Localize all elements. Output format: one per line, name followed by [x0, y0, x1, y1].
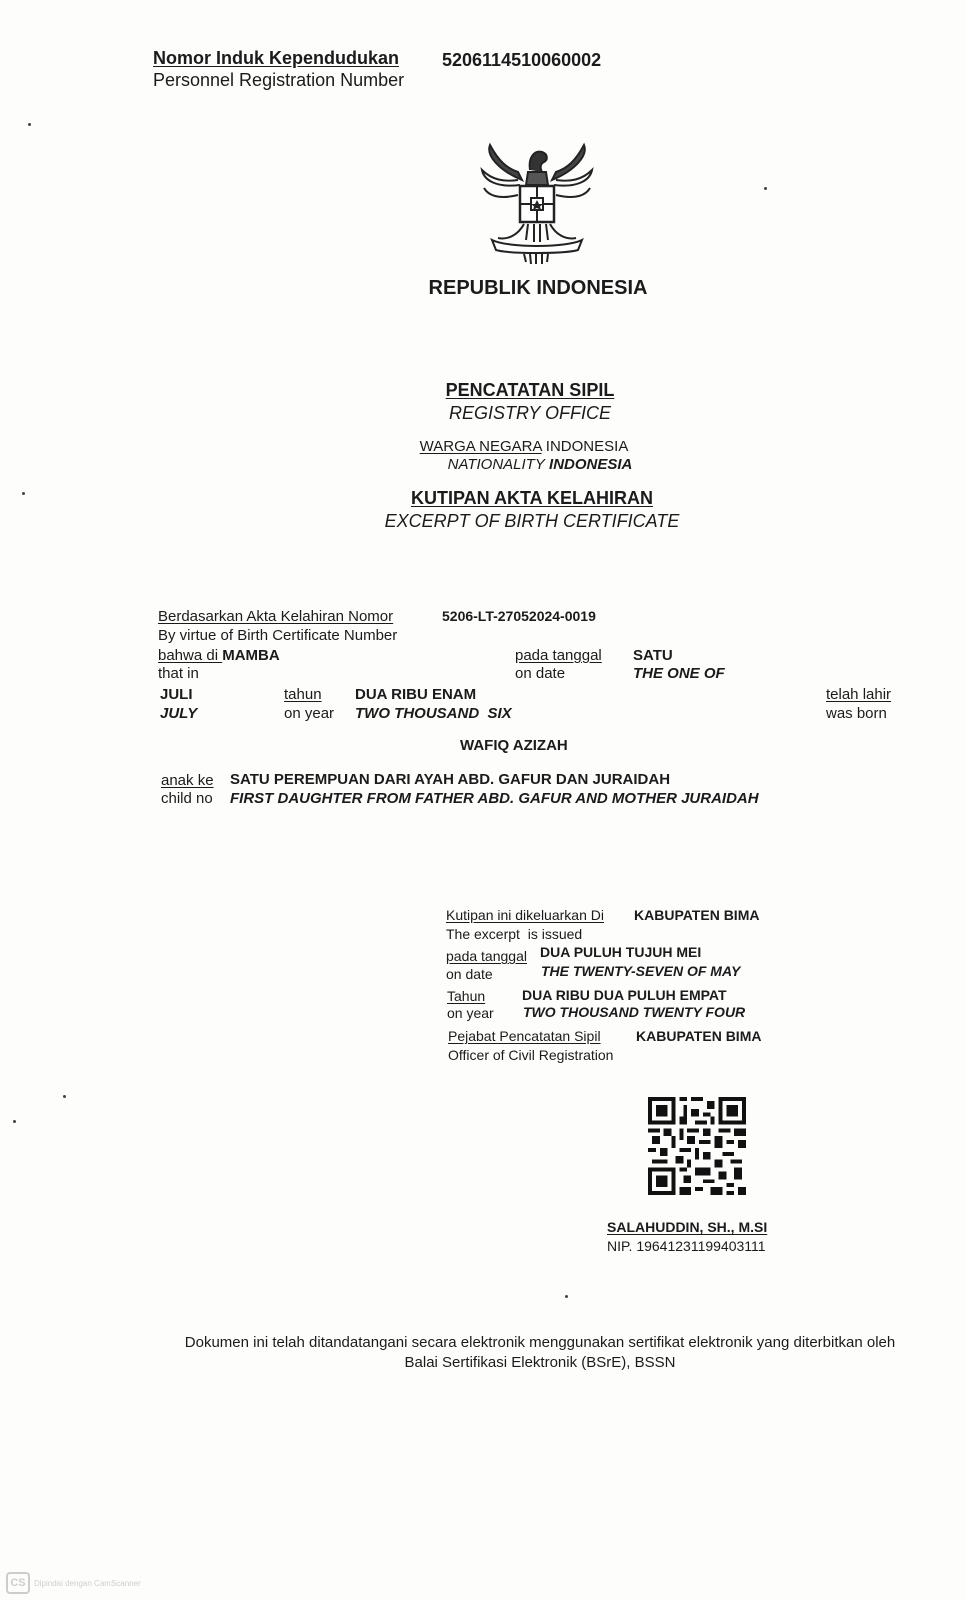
office-title-en: REGISTRY OFFICE — [290, 403, 770, 424]
country-title: REPUBLIK INDONESIA — [0, 277, 965, 300]
child-name: WAFIQ AZIZAH — [460, 736, 568, 755]
camscanner-logo-icon: CS — [6, 1572, 30, 1594]
birth-year-value-en: TWO THOUSAND SIX — [355, 704, 512, 723]
issued-label: Kutipan ini dikeluarkan Di — [446, 906, 604, 925]
scan-speck — [13, 1120, 16, 1123]
issued-place-value: KABUPATEN BIMA — [634, 906, 759, 925]
birth-date-label-en: on date — [515, 664, 565, 683]
scan-speck — [22, 492, 25, 495]
issued-year-label-en: on year — [447, 1004, 494, 1023]
nik-label-en: Personnel Registration Number — [153, 70, 404, 91]
document-title-en: EXCERPT OF BIRTH CERTIFICATE — [292, 511, 772, 532]
birth-day-value-en: THE ONE OF — [633, 664, 725, 683]
issued-year-value-en: TWO THOUSAND TWENTY FOUR — [523, 1003, 745, 1022]
born-label: telah lahir — [826, 685, 891, 704]
cert-number-label-en: By virtue of Birth Certificate Number — [158, 626, 397, 645]
qr-code-icon — [648, 1094, 746, 1198]
officer-label: Pejabat Pencatatan Sipil — [448, 1027, 601, 1046]
birth-year-label-en: on year — [284, 704, 334, 723]
birth-day-value: SATU — [633, 646, 673, 665]
child-order-label: anak ke — [161, 771, 214, 790]
e-signature-note-line1: Dokumen ini telah ditandatangani secara … — [0, 1333, 965, 1353]
issued-date-value-en: THE TWENTY-SEVEN OF MAY — [541, 962, 740, 981]
issued-date-label: pada tanggal — [446, 947, 527, 966]
signatory-name: SALAHUDDIN, SH., M.SI — [607, 1218, 767, 1237]
document-title: KUTIPAN AKTA KELAHIRAN — [292, 488, 772, 509]
nationality-value: INDONESIA — [542, 438, 629, 455]
nationality-line: WARGA NEGARA INDONESIA — [284, 438, 764, 455]
child-order-label-en: child no — [161, 789, 213, 808]
issued-date-value: DUA PULUH TUJUH MEI — [540, 943, 701, 962]
garuda-pancasila-emblem-icon — [478, 140, 596, 270]
camscanner-watermark: CS Dipindai dengan CamScanner — [6, 1572, 141, 1594]
issued-date-label-en: on date — [446, 965, 493, 984]
birth-place-label-en: that in — [158, 664, 199, 683]
scan-speck — [63, 1095, 66, 1098]
scan-speck — [28, 123, 31, 126]
birth-year-value: DUA RIBU ENAM — [355, 685, 476, 704]
nik-value: 5206114510060002 — [442, 50, 601, 71]
scan-speck — [764, 187, 767, 190]
nationality-label-en: NATIONALITY — [448, 456, 545, 473]
signatory-nip: NIP. 19641231199403111 — [607, 1237, 766, 1256]
cert-number-value: 5206-LT-27052024-0019 — [442, 607, 596, 626]
nationality-label: WARGA NEGARA — [420, 438, 542, 455]
nationality-value-en: INDONESIA — [545, 456, 633, 473]
office-title: PENCATATAN SIPIL — [290, 380, 770, 401]
birth-place-label: bahwa di — [158, 647, 222, 664]
born-label-en: was born — [826, 704, 887, 723]
child-order-value: SATU PEREMPUAN DARI AYAH ABD. GAFUR DAN … — [230, 770, 670, 789]
cert-number-label: Berdasarkan Akta Kelahiran Nomor — [158, 607, 393, 626]
birth-date-label: pada tanggal — [515, 646, 602, 665]
camscanner-text: Dipindai dengan CamScanner — [34, 1579, 141, 1588]
e-signature-note-line2: Balai Sertifikasi Elektronik (BSrE), BSS… — [0, 1353, 965, 1373]
officer-value: KABUPATEN BIMA — [636, 1027, 761, 1046]
birth-month-value: JULI — [160, 685, 193, 704]
birth-place-value: MAMBA — [222, 647, 280, 664]
birth-year-label: tahun — [284, 685, 322, 704]
birth-place-line: bahwa di MAMBA — [158, 646, 280, 665]
nationality-line-en: NATIONALITY INDONESIA — [300, 456, 780, 473]
officer-label-en: Officer of Civil Registration — [448, 1046, 613, 1065]
nik-label: Nomor Induk Kependudukan — [153, 48, 399, 69]
scan-speck — [565, 1295, 568, 1298]
child-order-value-en: FIRST DAUGHTER FROM FATHER ABD. GAFUR AN… — [230, 789, 759, 808]
birth-month-value-en: JULY — [160, 704, 197, 723]
issued-label-en: The excerpt is issued — [446, 925, 582, 944]
